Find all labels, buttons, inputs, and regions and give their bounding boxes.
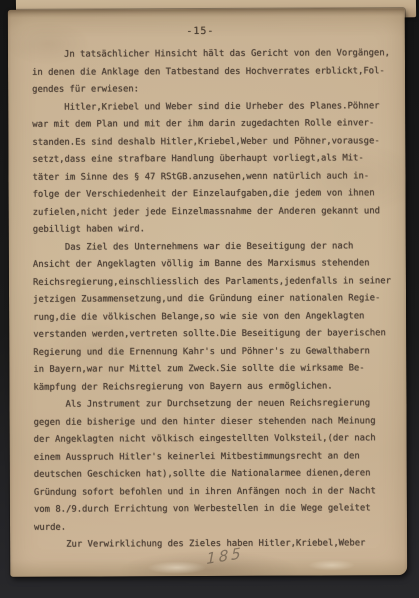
text-line: rung,die die völkischen Belange,so wie s… — [33, 308, 399, 327]
text-line: zufielen,nicht jeder jede Einzelmassnahm… — [33, 203, 399, 222]
text-line: der Angeklagten nicht völkisch eingestel… — [34, 430, 400, 449]
typewritten-text: Jn tatsächlicher Hinsicht hält das Geric… — [32, 45, 400, 554]
text-line: setzt,dass eine strafbare Handlung überh… — [32, 150, 398, 169]
text-line: gegen die bisherige und den hinter diese… — [34, 413, 400, 432]
text-line: verstanden werden,vertreten sollte.Die B… — [33, 325, 399, 344]
text-line: gebilligt haben wird. — [33, 220, 399, 239]
text-line: wurde. — [34, 518, 400, 537]
text-line: täter im Sinne des § 47 RStGB.anzusehen,… — [32, 168, 398, 187]
text-line: Ansicht der Angeklagten völlig im Banne … — [33, 255, 399, 274]
text-line: Reichsregierung,einschliesslich des Parl… — [33, 273, 399, 292]
text-line: Das Ziel des Unternehmens war die Beseit… — [33, 238, 399, 257]
text-line: war mit dem Plan und mit der ihm darin z… — [32, 115, 398, 134]
text-line: kämpfung der Reichsregierung von Bayern … — [33, 378, 399, 397]
text-line: jetzigen Zusammensetzung,und die Gründun… — [33, 290, 399, 309]
text-line: standen.Es sind deshalb Hitler,Kriebel,W… — [32, 133, 398, 152]
text-line: vom 8./9.durch Errichtung von Werbestell… — [34, 500, 400, 519]
scan-background: -15- Jn tatsächlicher Hinsicht hält das … — [0, 0, 419, 598]
text-line: einem Ausspruch Hitler's keinerlei Mitbe… — [34, 448, 400, 467]
text-line: Als Jnstrument zur Durchsetzung der neue… — [33, 395, 399, 414]
text-line: in denen die Anklage den Tatbestand des … — [32, 63, 398, 82]
page-number: -15- — [2, 25, 399, 38]
text-line: gendes für erwiesen: — [32, 80, 398, 99]
text-line: Gründung sofort befohlen und in ihren An… — [34, 483, 400, 502]
text-line: Regierung und die Ernennung Kahr's und P… — [33, 343, 399, 362]
document-page: -15- Jn tatsächlicher Hinsicht hält das … — [8, 8, 407, 577]
text-line: Jn tatsächlicher Hinsicht hält das Geric… — [32, 45, 398, 64]
text-line: deutschen Geschicken hat),sollte die Nat… — [34, 465, 400, 484]
text-line: folge der Verschiedenheit der Einzelaufg… — [33, 185, 399, 204]
text-line: in Bayern,war nur Mittel zum Zweck.Sie s… — [33, 360, 399, 379]
text-line: Hitler,Kriebel und Weber sind die Urhebe… — [32, 98, 398, 117]
